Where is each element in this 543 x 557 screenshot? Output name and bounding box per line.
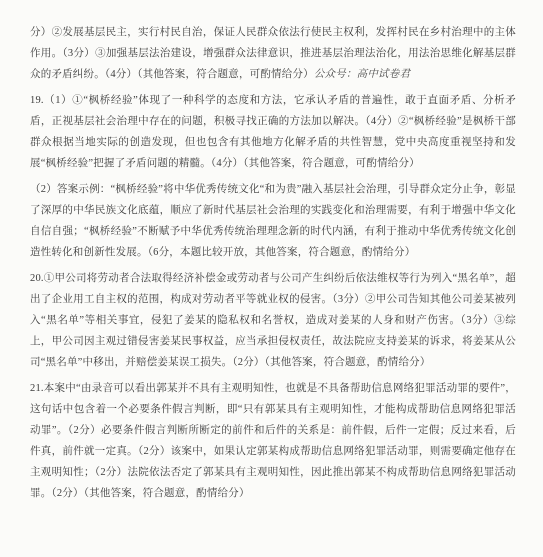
answer-paragraph-19-part2: （2）答案示例：“枫桥经验”将中华优秀传统文化“和为贵”融入基层社会治理，引导群… xyxy=(30,179,516,263)
answer-18-text: 分）②发展基层民主，实行村民自治，保证人民群众依法行使民主权利，发挥村民在乡村治… xyxy=(30,27,516,80)
answer-paragraph-18-continuation: 分）②发展基层民主，实行村民自治，保证人民群众依法行使民主权利，发挥村民在乡村治… xyxy=(30,22,516,85)
document-page: 分）②发展基层民主，实行村民自治，保证人民群众依法行使民主权利，发挥村民在乡村治… xyxy=(0,0,543,557)
answer-19-part2-text: （2）答案示例：“枫桥经验”将中华优秀传统文化“和为贵”融入基层社会治理，引导群… xyxy=(30,184,516,258)
answer-19-part1-text: 19.（1）①“枫桥经验”体现了一种科学的态度和方法，它承认矛盾的普遍性，敢于直… xyxy=(30,95,516,169)
answer-paragraph-21: 21.本案中“由录音可以看出郭某并不具有主观明知性，也就是不具备帮助信息网络犯罪… xyxy=(30,378,516,504)
answer-20-text: 20.①甲公司将劳动者合法取得经济补偿金或劳动者与公司产生纠纷后依法维权等行为列… xyxy=(30,273,516,368)
answer-paragraph-19-part1: 19.（1）①“枫桥经验”体现了一种科学的态度和方法，它承认矛盾的普遍性，敢于直… xyxy=(30,90,516,174)
answer-paragraph-20: 20.①甲公司将劳动者合法取得经济补偿金或劳动者与公司产生纠纷后依法维权等行为列… xyxy=(30,268,516,373)
answer-21-text: 21.本案中“由录音可以看出郭某并不具有主观明知性，也就是不具备帮助信息网络犯罪… xyxy=(30,383,516,499)
watermark-text: 公众号：高中试卷君 xyxy=(314,69,410,80)
